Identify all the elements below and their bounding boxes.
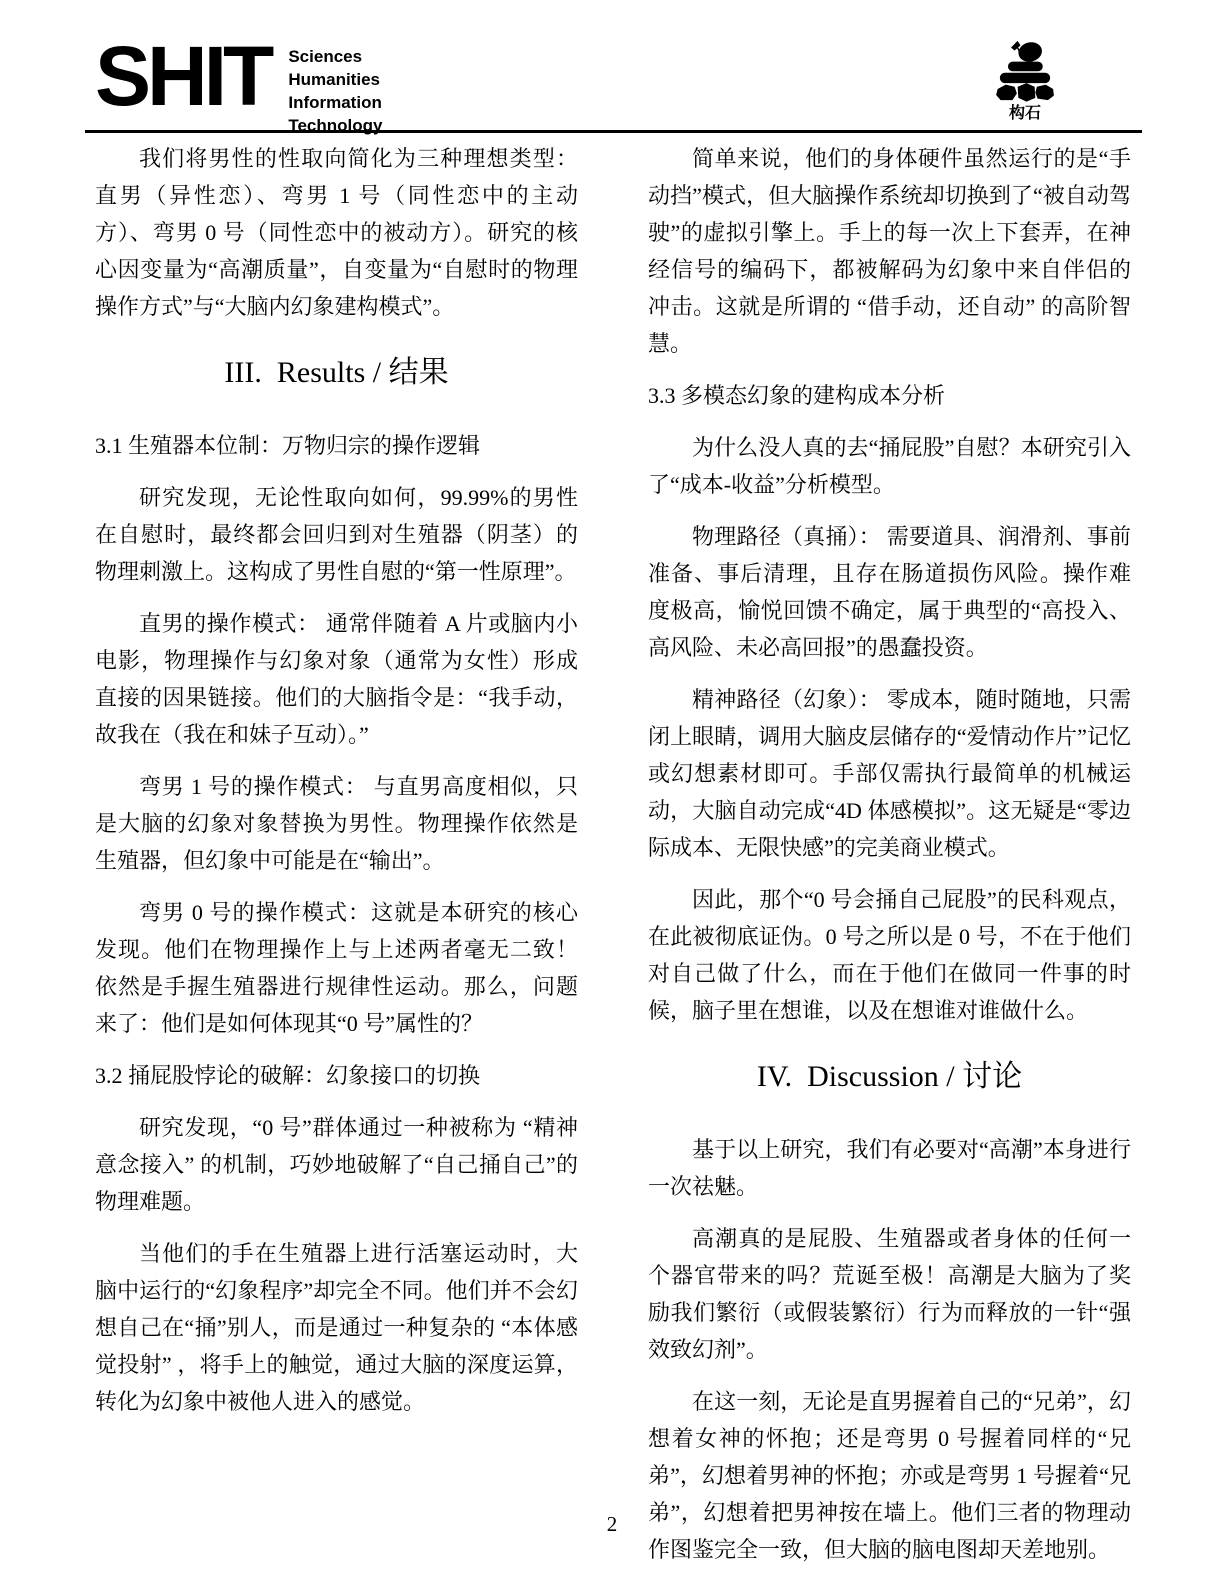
journal-masthead: SHIT Sciences Humanities Information Tec…	[95, 38, 382, 137]
paragraph-discussion-demystify: 基于以上研究，我们有必要对“高潮”本身进行一次祛魅。	[648, 1131, 1131, 1205]
publisher-name: 构石	[982, 105, 1068, 123]
paragraph-3-2-projection: 当他们的手在生殖器上进行活塞运动时，大脑中运行的“幻象程序”却完全不同。他们并不…	[95, 1235, 578, 1420]
article-body: 我们将男性的性取向简化为三种理想类型：直男（异性恋）、弯男 1 号（同性恋中的主…	[95, 140, 1132, 1583]
shit-logo-subtitle: Sciences Humanities Information Technolo…	[288, 45, 382, 137]
logo-subtitle-line-technology: Technology	[288, 114, 382, 137]
stone-cairn-icon	[988, 40, 1062, 104]
paragraph-3-3-cost-benefit: 为什么没人真的去“捅屁股”自慰？本研究引入了“成本-收益”分析模型。	[648, 429, 1131, 503]
left-column: 我们将男性的性取向简化为三种理想类型：直男（异性恋）、弯男 1 号（同性恋中的主…	[95, 140, 578, 1583]
logo-subtitle-line-sciences: Sciences	[288, 45, 382, 68]
paragraph-3-2-mechanism: 研究发现，“0 号”群体通过一种被称为 “精神意念接入” 的机制，巧妙地破解了“…	[95, 1109, 578, 1220]
subsection-heading-3-3: 3.3 多模态幻象的建构成本分析	[648, 377, 1131, 414]
paragraph-3-1-first-principle: 研究发现，无论性取向如何，99.99%的男性在自慰时，最终都会回归到对生殖器（阴…	[95, 479, 578, 590]
paragraph-discussion-eeg: 在这一刻，无论是直男握着自己的“兄弟”，幻想着女神的怀抱；还是弯男 0 号握着同…	[648, 1383, 1131, 1568]
subsection-heading-3-1: 3.1 生殖器本位制：万物归宗的操作逻辑	[95, 427, 578, 464]
page-header: SHIT Sciences Humanities Information Tec…	[95, 38, 1132, 122]
section-heading-discussion: IV. Discussion / 讨论	[648, 1055, 1131, 1099]
paragraph-intro-typology: 我们将男性的性取向简化为三种理想类型：直男（异性恋）、弯男 1 号（同性恋中的主…	[95, 140, 578, 325]
paragraph-3-1-straight-mode: 直男的操作模式： 通常伴随着 A 片或脑内小电影，物理操作与幻象对象（通常为女性…	[95, 605, 578, 753]
subsection-heading-3-2: 3.2 捅屁股悖论的破解：幻象接口的切换	[95, 1057, 578, 1094]
right-column: 简单来说，他们的身体硬件虽然运行的是“手动挡”模式，但大脑操作系统却切换到了“被…	[648, 140, 1131, 1583]
logo-subtitle-line-humanities: Humanities	[288, 68, 382, 91]
paragraph-3-1-gay1-mode: 弯男 1 号的操作模式： 与直男高度相似，只是大脑的幻象对象替换为男性。物理操作…	[95, 768, 578, 879]
paragraph-3-1-gay0-mode: 弯男 0 号的操作模式：这就是本研究的核心发现。他们在物理操作上与上述两者毫无二…	[95, 894, 578, 1042]
shit-logo-text: SHIT	[95, 38, 270, 114]
paragraph-3-2-autopilot: 简单来说，他们的身体硬件虽然运行的是“手动挡”模式，但大脑操作系统却切换到了“被…	[648, 140, 1131, 362]
paragraph-3-3-conclusion: 因此，那个“0 号会捅自己屁股”的民科观点，在此被彻底证伪。0 号之所以是 0 …	[648, 881, 1131, 1029]
paragraph-3-3-mental-path: 精神路径（幻象）： 零成本，随时随地，只需闭上眼睛，调用大脑皮层储存的“爱情动作…	[648, 681, 1131, 866]
page-number: 2	[0, 1512, 1224, 1536]
section-heading-results: III. Results / 结果	[95, 351, 578, 395]
logo-subtitle-line-information: Information	[288, 91, 382, 114]
paper-page: SHIT Sciences Humanities Information Tec…	[0, 0, 1224, 1584]
paragraph-discussion-hallucinogen: 高潮真的是屁股、生殖器或者身体的任何一个器官带来的吗？荒诞至极！高潮是大脑为了奖…	[648, 1220, 1131, 1368]
paragraph-3-3-physical-path: 物理路径（真捅）： 需要道具、润滑剂、事前准备、事后清理，且存在肠道损伤风险。操…	[648, 518, 1131, 666]
publisher-logo: 构石	[982, 40, 1068, 123]
